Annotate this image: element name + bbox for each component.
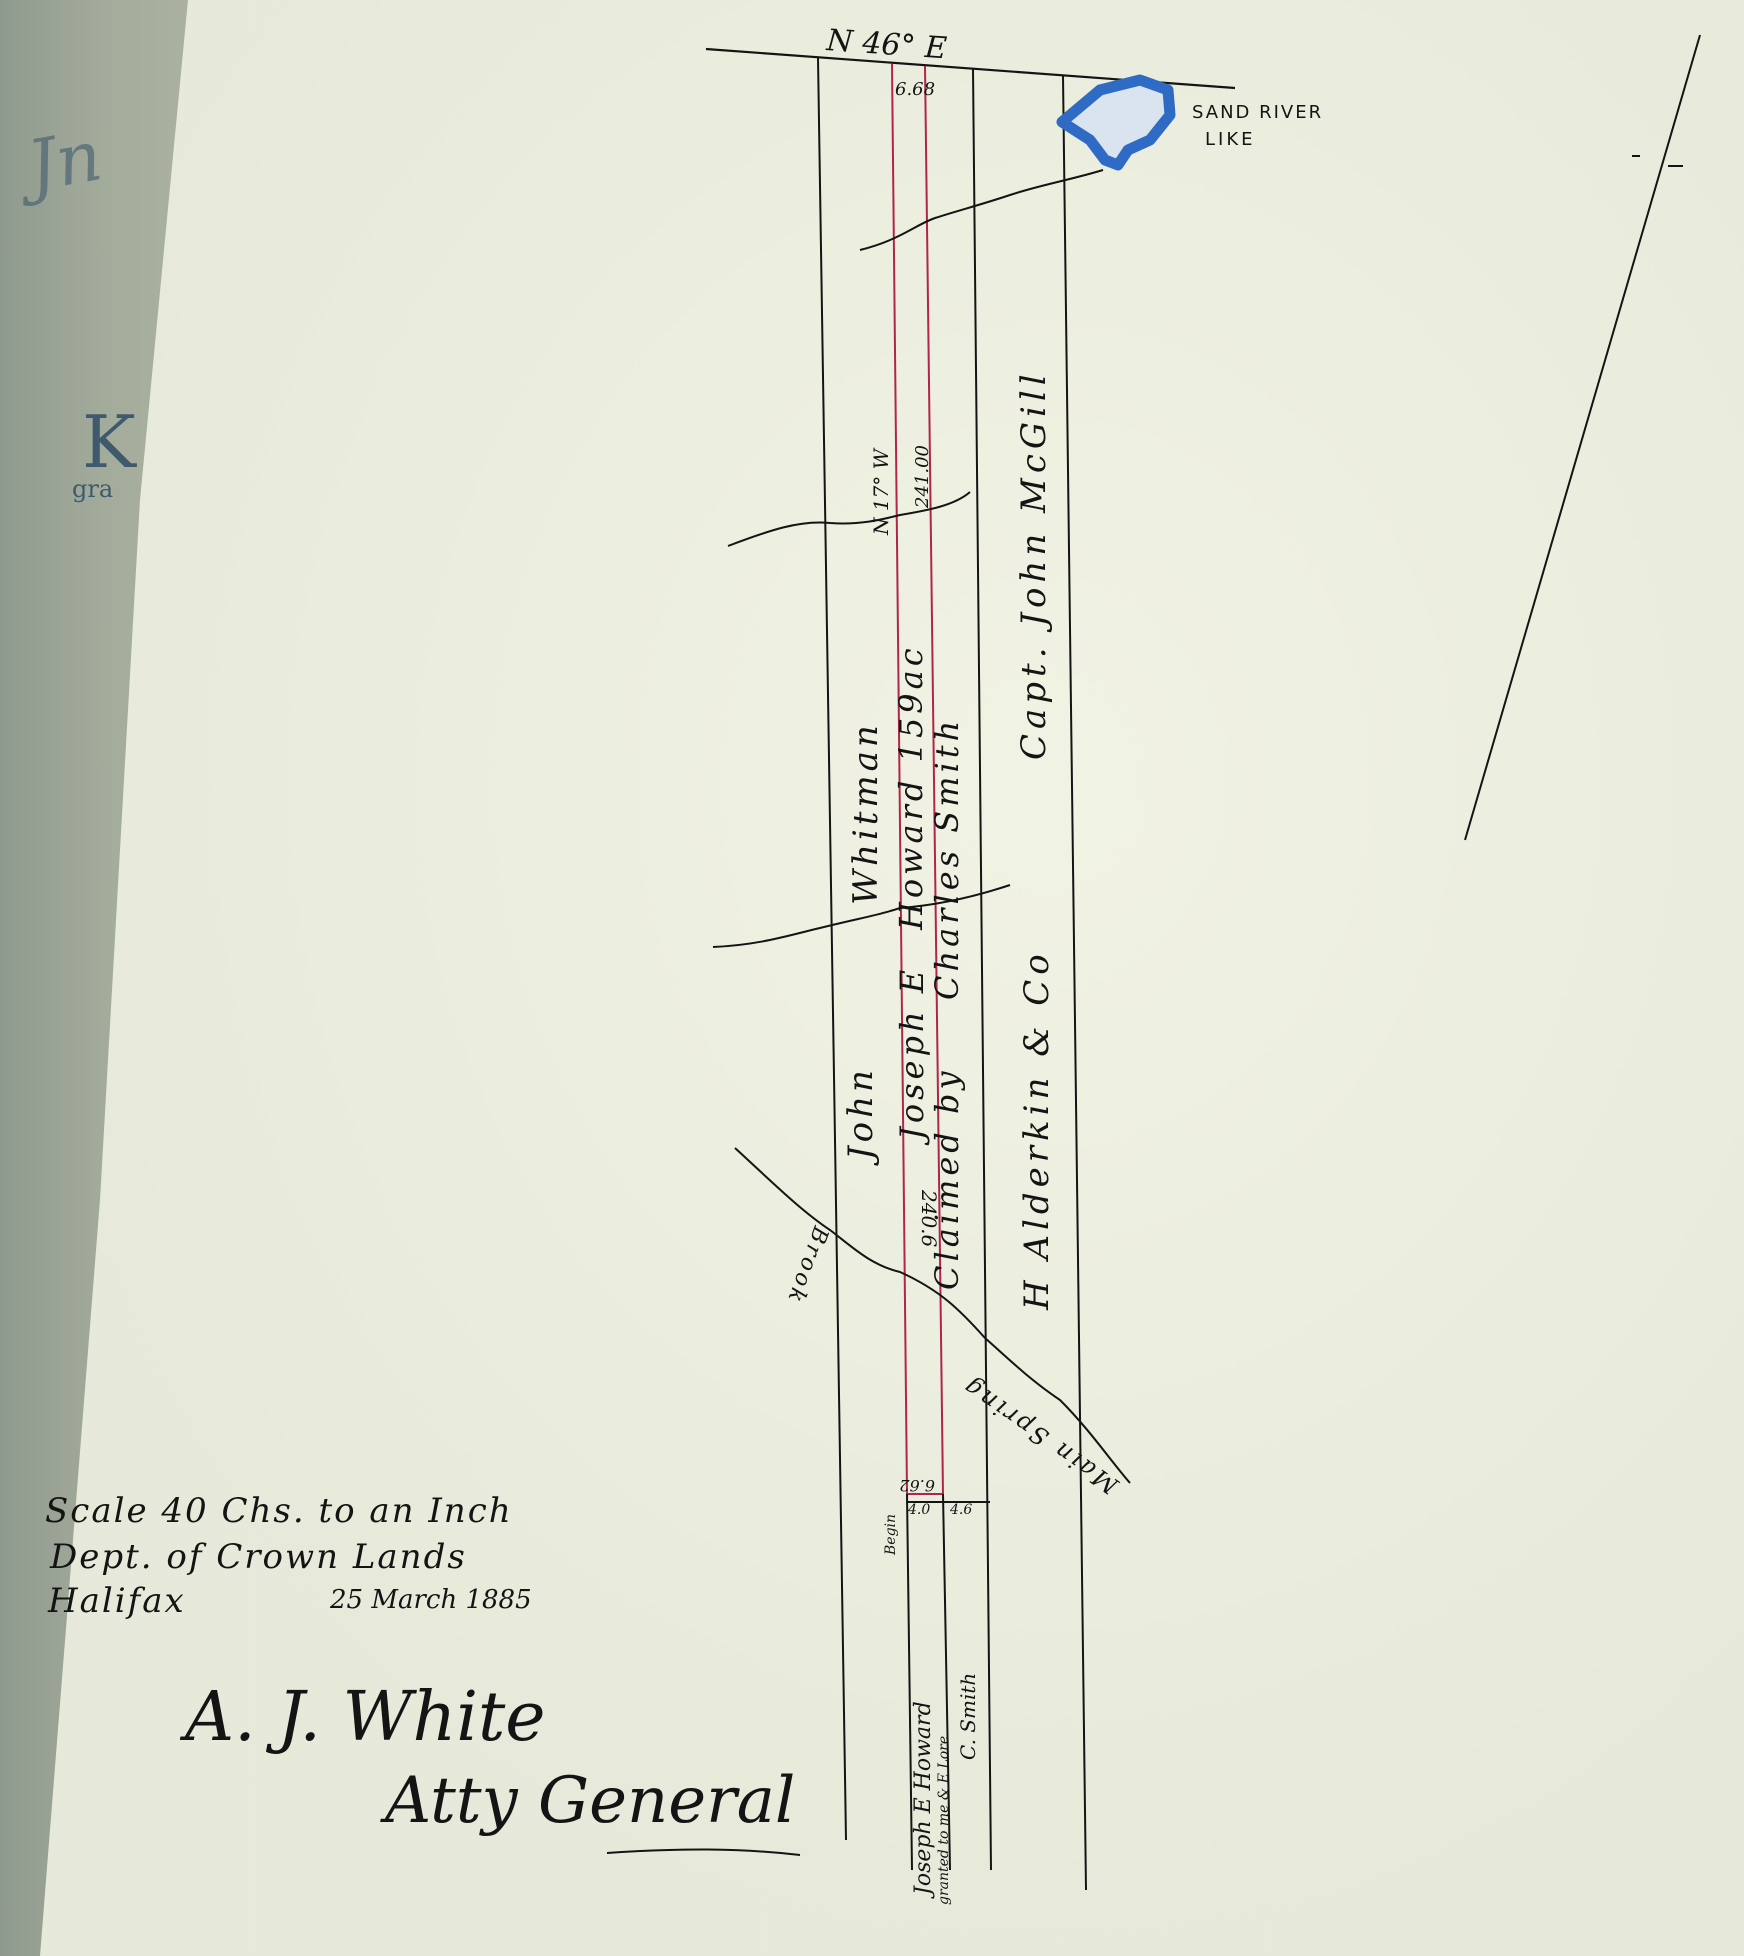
bearing-side-label: N 17° W — [869, 447, 893, 536]
legend-place: Halifax — [47, 1581, 186, 1621]
bottom-label-smith: C. Smith — [956, 1673, 980, 1760]
lot-line-4 — [973, 69, 991, 1870]
bottom-right-measure: 4.6 — [949, 1502, 972, 1518]
begin-label: Begin — [883, 1514, 899, 1556]
legend-dept: Dept. of Crown Lands — [49, 1537, 467, 1577]
stream-top — [860, 170, 1103, 250]
signature-title: Atty General — [380, 1764, 795, 1838]
lot-howard-part1: Joseph E — [893, 966, 931, 1146]
lot-line-5 — [1063, 76, 1086, 1890]
lot-mcgill: Capt. John McGill — [1014, 369, 1054, 760]
sand-river-lake — [1062, 80, 1170, 165]
howard-length-measure: 241.00 — [912, 445, 933, 509]
lot-line-1 — [818, 58, 846, 1840]
lot-whitman-part1: John — [841, 1066, 881, 1166]
survey-map: N 46° E SAND RIVER LIKE 6.68 241.00 N 17… — [0, 0, 1744, 1956]
lake-label-line1: SAND RIVER — [1192, 102, 1323, 123]
lot-howard-part2: Howard 159ac — [892, 644, 930, 931]
lot-whitman-part2: Whitman — [846, 721, 886, 905]
lot-smith-part2: Charles Smith — [928, 717, 966, 1000]
bottom-label-howard: Joseph E Howard — [911, 1701, 936, 1899]
bottom-left-measure: 4.0 — [907, 1502, 930, 1518]
signature-name: A. J. White — [179, 1678, 546, 1757]
legend-date: 25 March 1885 — [329, 1585, 532, 1615]
lot-alderkin: H Alderkin & Co — [1017, 949, 1057, 1311]
legend-scale: Scale 40 Chs. to an Inch — [45, 1491, 513, 1531]
diagonal-boundary-line — [1465, 35, 1700, 840]
signature-underline — [607, 1849, 800, 1855]
brook-label: Brook — [781, 1222, 833, 1308]
main-spring-label: Main Spring — [956, 1371, 1124, 1500]
top-width-measure: 6.68 — [895, 79, 935, 100]
lake-label-line2: LIKE — [1205, 129, 1256, 150]
stream-middle-1 — [728, 492, 970, 546]
lot-smith-part1: Claimed by — [928, 1067, 966, 1290]
bottom-label-grant: granted to me & E Lore — [936, 1736, 952, 1905]
bottom-red-measure: 6.62 — [899, 1476, 935, 1495]
